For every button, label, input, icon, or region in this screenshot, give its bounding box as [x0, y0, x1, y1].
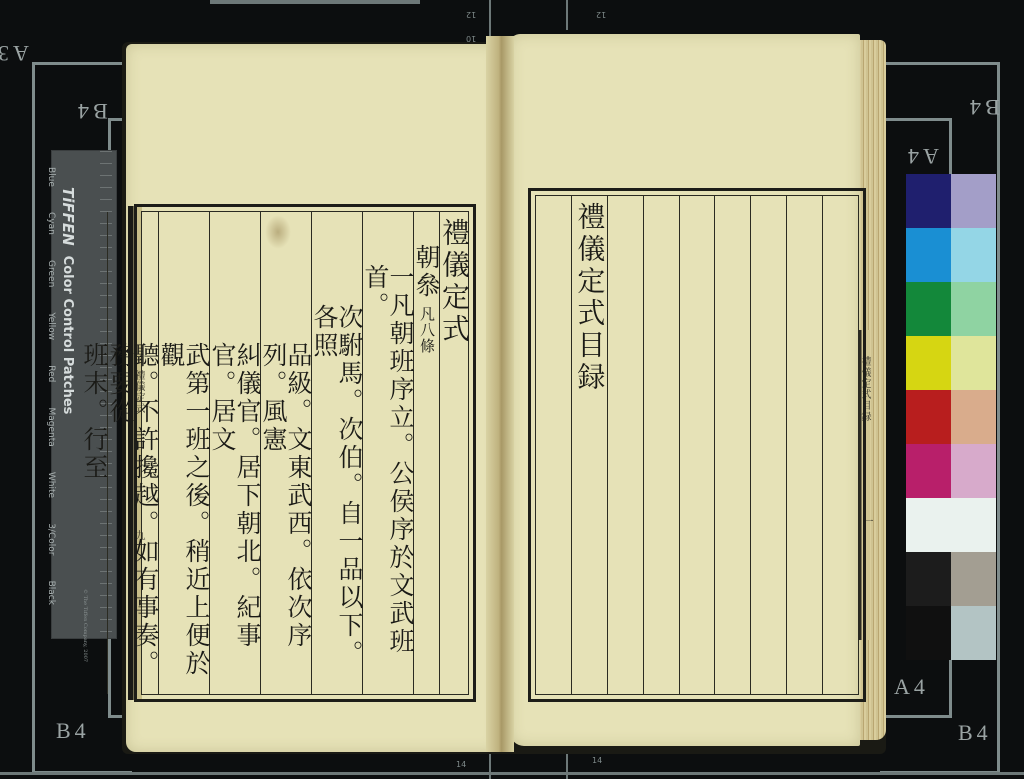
- color-swatch: [906, 336, 951, 390]
- text-column: 班末。行至: [82, 212, 107, 694]
- patch-name: Red: [42, 365, 56, 382]
- color-swatch: [906, 498, 996, 552]
- tick-number: 14: [592, 756, 602, 765]
- empty-column: [750, 196, 786, 694]
- color-swatch: [906, 282, 951, 336]
- color-chart-row: [906, 552, 996, 606]
- body-text: 品級。文東武西。依次序列。風憲: [261, 342, 311, 694]
- mat-label-a4-top-right: A4: [904, 143, 939, 169]
- text-column: 糾儀官。居下朝北。紀事官。居文: [209, 212, 260, 694]
- color-swatch: [906, 444, 951, 498]
- mat-label-b4-top-left: B4: [74, 98, 108, 124]
- patch-name: White: [42, 472, 56, 498]
- column-contents-title: 禮儀定式目録: [571, 196, 607, 694]
- empty-column: [607, 196, 643, 694]
- text-column: 聽。不許攙越。如有事奏。務要從: [107, 212, 158, 694]
- column-heading: 朝叅 凡八條: [413, 212, 439, 694]
- mat-label-b4-bottom-right: B4: [958, 720, 992, 746]
- color-swatch: [951, 552, 996, 606]
- body-text: 次駙馬。次伯。自一品以下。各照: [312, 304, 362, 694]
- color-swatch: [951, 444, 996, 498]
- tick-number: 12: [596, 10, 606, 19]
- text-column: 一凡朝班序立。公侯序於文武班首。: [362, 212, 413, 694]
- patch-name: Blue: [42, 167, 56, 187]
- color-swatch: [951, 282, 996, 336]
- right-column-grid: 禮儀定式目録: [535, 195, 859, 695]
- mat-label-a3: A3: [0, 40, 29, 66]
- text-column: 品級。文東武西。依次序列。風憲: [260, 212, 311, 694]
- section-note: 凡八條: [419, 306, 434, 354]
- text-column: 武第一班之後。稍近上便於觀: [158, 212, 209, 694]
- body-text: 糾儀官。居下朝北。紀事官。居文: [210, 342, 260, 694]
- color-chart-row: [906, 228, 996, 282]
- patch-name: Black: [42, 581, 56, 605]
- body-text: 一凡朝班序立。公侯序於文武班首。: [363, 264, 413, 694]
- ruler-brand: TiFFEN Color Control Patches: [56, 185, 80, 597]
- color-chart-row: [906, 282, 996, 336]
- color-chart-row: [906, 390, 996, 444]
- tick-number: 12: [466, 10, 476, 19]
- color-chart-row: [906, 336, 996, 390]
- right-text-frame: 禮儀定式目録: [528, 188, 866, 702]
- mat-center-line-bottom-left: [489, 750, 491, 779]
- body-text: 武第一班之後。稍近上便於觀: [159, 342, 209, 694]
- color-swatch: [951, 390, 996, 444]
- empty-column: [822, 196, 858, 694]
- ruler-patch-names: Blue Cyan Green Yellow Red Magenta White…: [42, 161, 56, 611]
- color-chart-row: [906, 498, 996, 552]
- tick-number: 14: [456, 760, 466, 769]
- color-chart-row: [906, 444, 996, 498]
- book-gutter: [486, 36, 514, 752]
- color-swatch: [951, 174, 996, 228]
- color-swatch: [951, 606, 996, 660]
- color-chart-row: [906, 606, 996, 660]
- mat-label-a4-bottom-right: A4: [894, 674, 929, 700]
- empty-column: [536, 196, 571, 694]
- patch-name: Yellow: [42, 312, 56, 340]
- empty-column: [679, 196, 715, 694]
- color-swatch: [906, 174, 951, 228]
- empty-column: [714, 196, 750, 694]
- mat-bottom-bar: [0, 772, 1024, 775]
- color-swatch: [906, 390, 951, 444]
- patch-name: 3/Color: [42, 523, 56, 555]
- empty-column: [643, 196, 679, 694]
- body-text: 班末。行至: [82, 342, 107, 482]
- color-swatch: [906, 552, 951, 606]
- mat-label-b4-top-right: B4: [966, 94, 1000, 120]
- color-swatch: [951, 228, 996, 282]
- section-heading: 朝叅: [414, 244, 439, 300]
- color-swatch: [906, 606, 951, 660]
- color-chart-row: [906, 174, 996, 228]
- mat-label-b4-bottom-left: B4: [56, 718, 90, 744]
- patch-name: Green: [42, 260, 56, 287]
- color-swatch: [951, 336, 996, 390]
- tiffen-logo: TiFFEN: [59, 187, 77, 246]
- empty-column: [786, 196, 822, 694]
- color-chart: [906, 174, 996, 660]
- body-text: 聽。不許攙越。如有事奏。務要從: [108, 342, 158, 694]
- patch-name: Cyan: [42, 212, 56, 235]
- mat-top-bar: [210, 0, 420, 4]
- patch-name: Magenta: [42, 407, 56, 446]
- left-text-frame: 禮儀定式 朝叅 凡八條 一凡朝班序立。公侯序於文武班首。 次駙馬。次伯。自一品以…: [134, 204, 476, 702]
- contents-title: 禮儀定式目録: [575, 202, 603, 394]
- column-title: 禮儀定式: [439, 212, 468, 694]
- mat-center-line-right: [566, 0, 568, 30]
- book-title: 禮儀定式: [440, 218, 468, 346]
- color-swatch: [906, 228, 951, 282]
- left-column-grid: 禮儀定式 朝叅 凡八條 一凡朝班序立。公侯序於文武班首。 次駙馬。次伯。自一品以…: [141, 211, 469, 695]
- ruler-title: Color Control Patches: [61, 256, 76, 415]
- text-column: 次駙馬。次伯。自一品以下。各照: [311, 212, 362, 694]
